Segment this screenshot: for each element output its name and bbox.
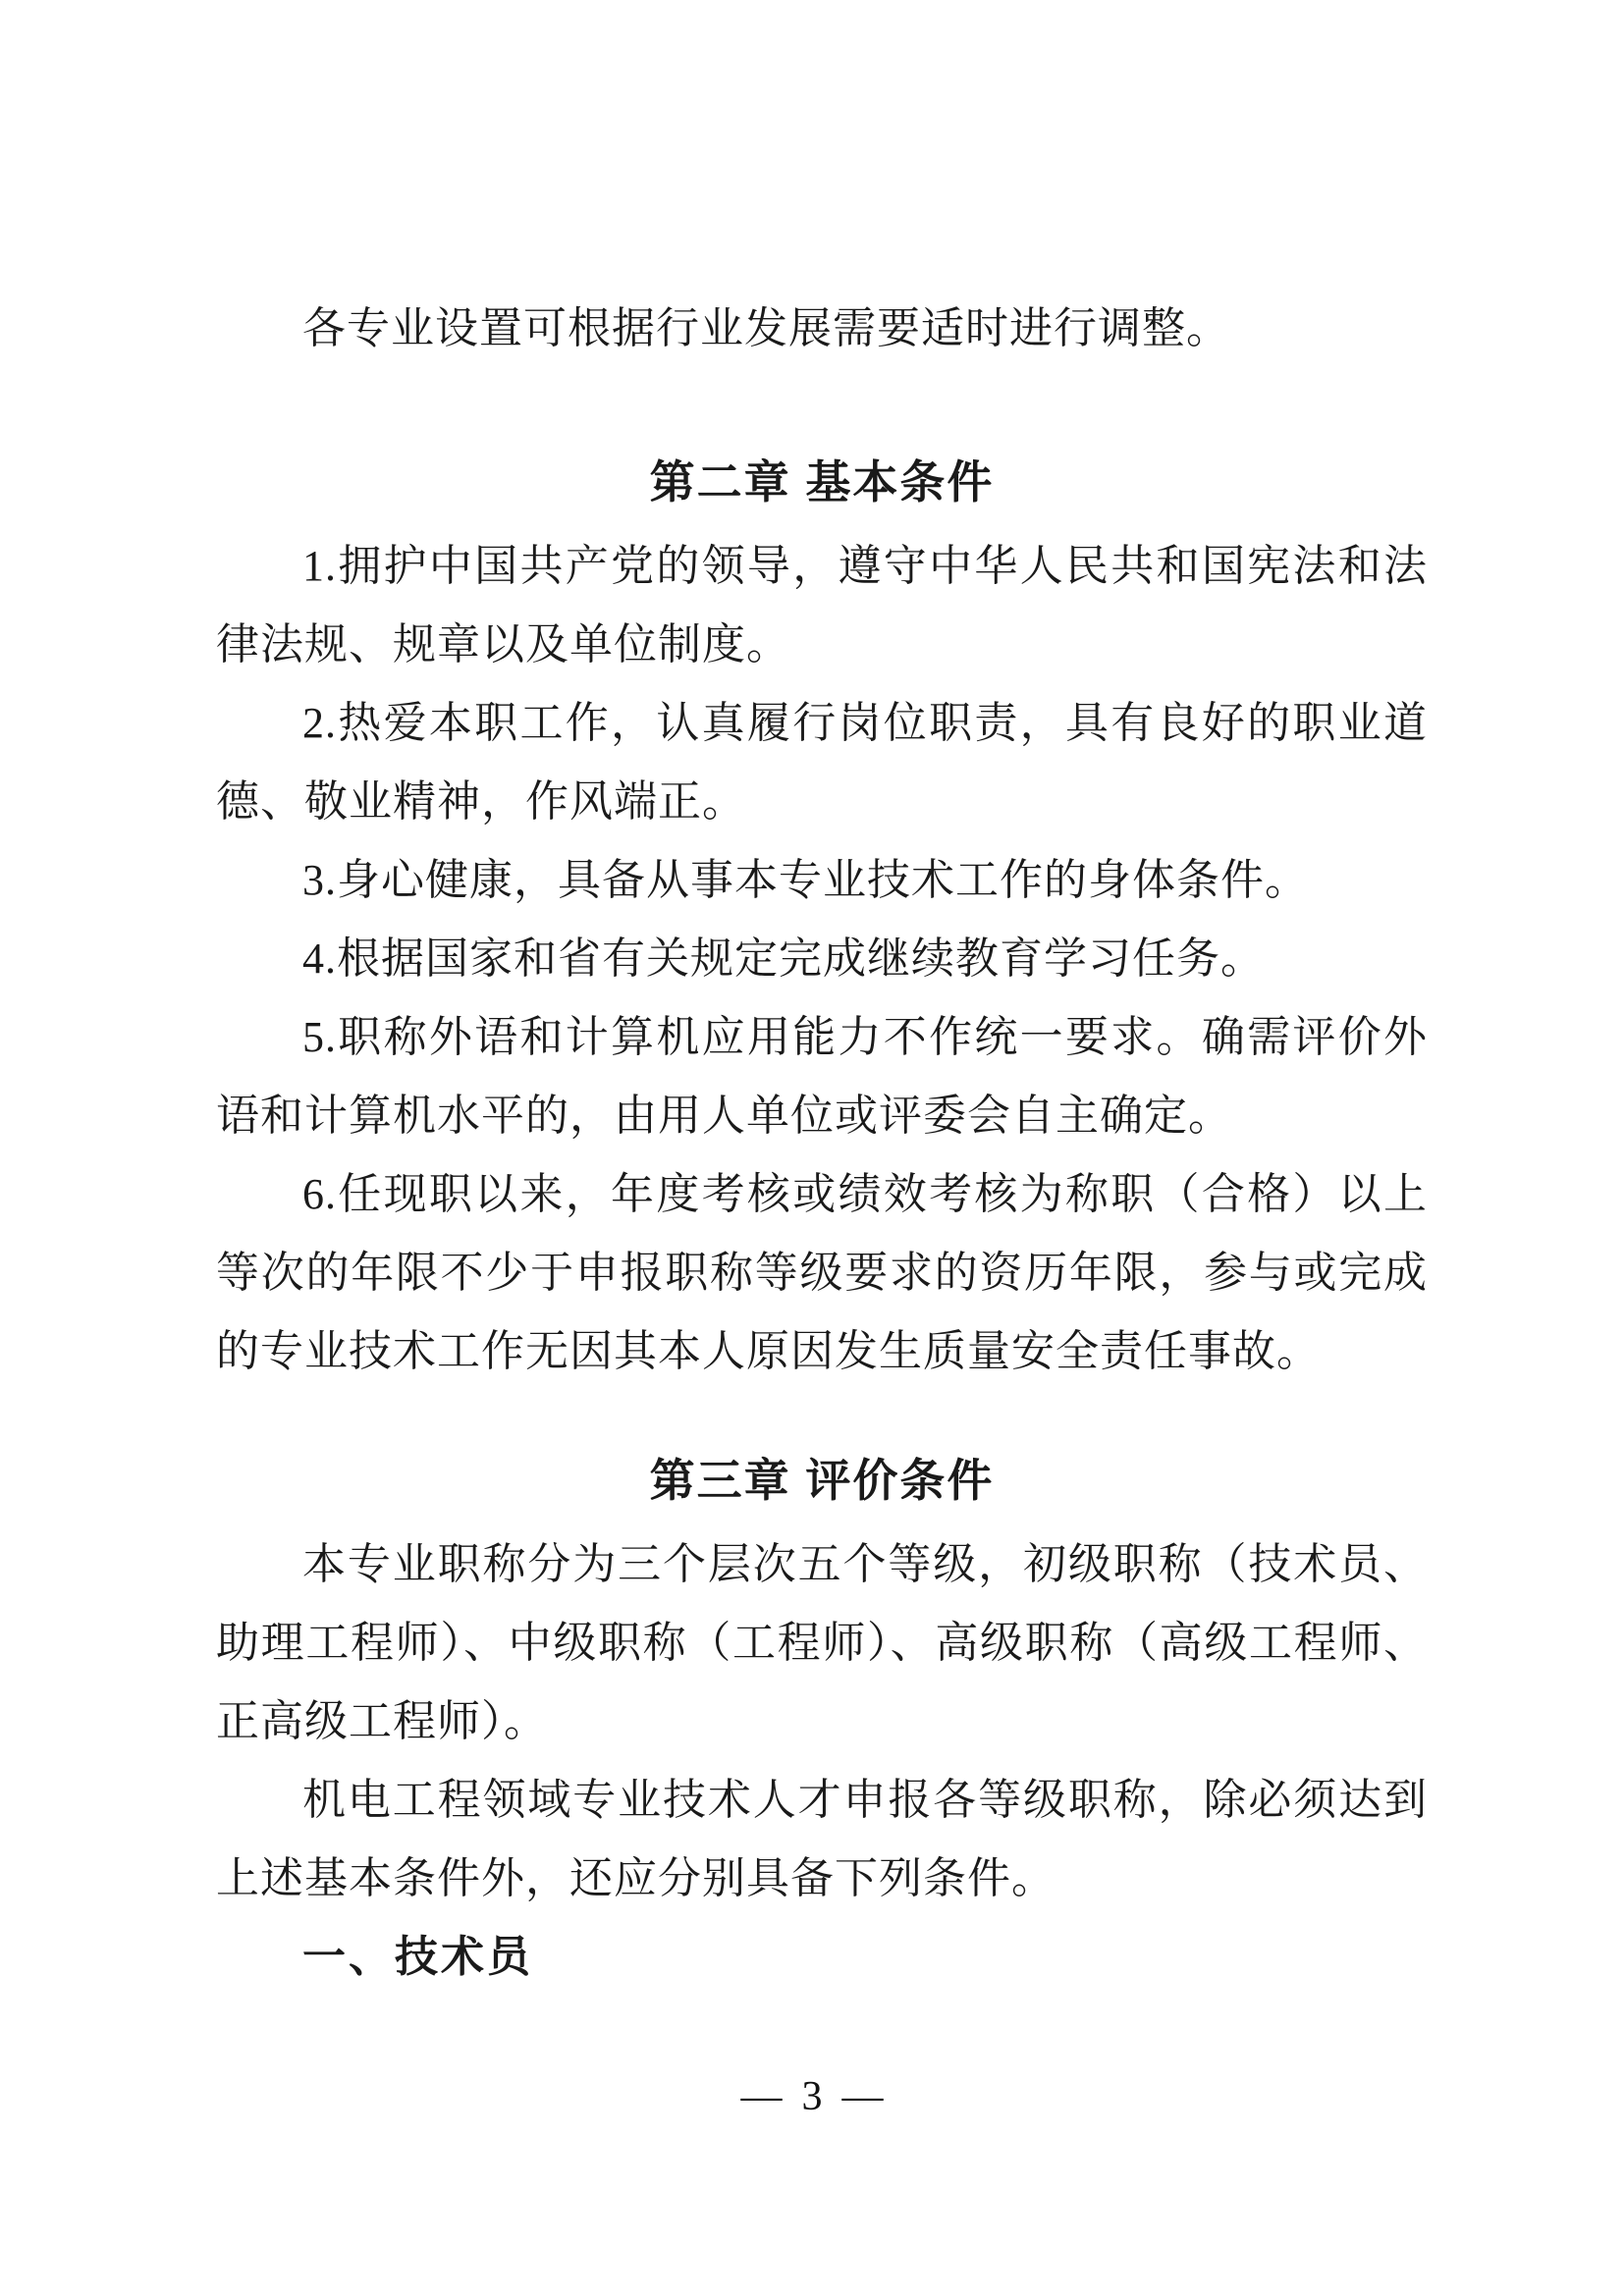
footer-dash-left: — (741, 2074, 783, 2119)
page-number: 3 (802, 2073, 823, 2120)
chapter3-paragraph-2: 机电工程领域专业技术人才申报各等级职称，除必须达到上述基本条件外，还应分别具备下… (216, 1761, 1428, 1918)
chapter2-item-6: 6.任现职以来，年度考核或绩效考核为称职（合格）以上等次的年限不少于申报职称等级… (216, 1155, 1428, 1391)
chapter2-heading: 第二章 基本条件 (216, 443, 1428, 521)
section-heading-technician: 一、技术员 (216, 1918, 1428, 1997)
chapter2-item-1: 1.拥护中国共产党的领导，遵守中华人民共和国宪法和法律法规、规章以及单位制度。 (216, 527, 1428, 684)
chapter3-heading: 第三章 评价条件 (216, 1441, 1428, 1520)
chapter2-item-5: 5.职称外语和计算机应用能力不作统一要求。确需评价外语和计算机水平的，由用人单位… (216, 998, 1428, 1155)
chapter2-item-3: 3.身心健康，具备从事本专业技术工作的身体条件。 (216, 841, 1428, 920)
chapter3-paragraph-1: 本专业职称分为三个层次五个等级，初级职称（技术员、助理工程师）、中级职称（工程师… (216, 1525, 1428, 1761)
chapter2-item-2: 2.热爱本职工作，认真履行岗位职责，具有良好的职业道德、敬业精神，作风端正。 (216, 684, 1428, 841)
footer-dash-right: — (842, 2074, 884, 2119)
chapter2-item-4: 4.根据国家和省有关规定完成继续教育学习任务。 (216, 920, 1428, 998)
page-footer: —3— (0, 2073, 1624, 2120)
document-page: 各专业设置可根据行业发展需要适时进行调整。 第二章 基本条件 1.拥护中国共产党… (0, 0, 1624, 2296)
page-content: 各专业设置可根据行业发展需要适时进行调整。 第二章 基本条件 1.拥护中国共产党… (216, 290, 1428, 1997)
intro-paragraph: 各专业设置可根据行业发展需要适时进行调整。 (216, 290, 1428, 368)
